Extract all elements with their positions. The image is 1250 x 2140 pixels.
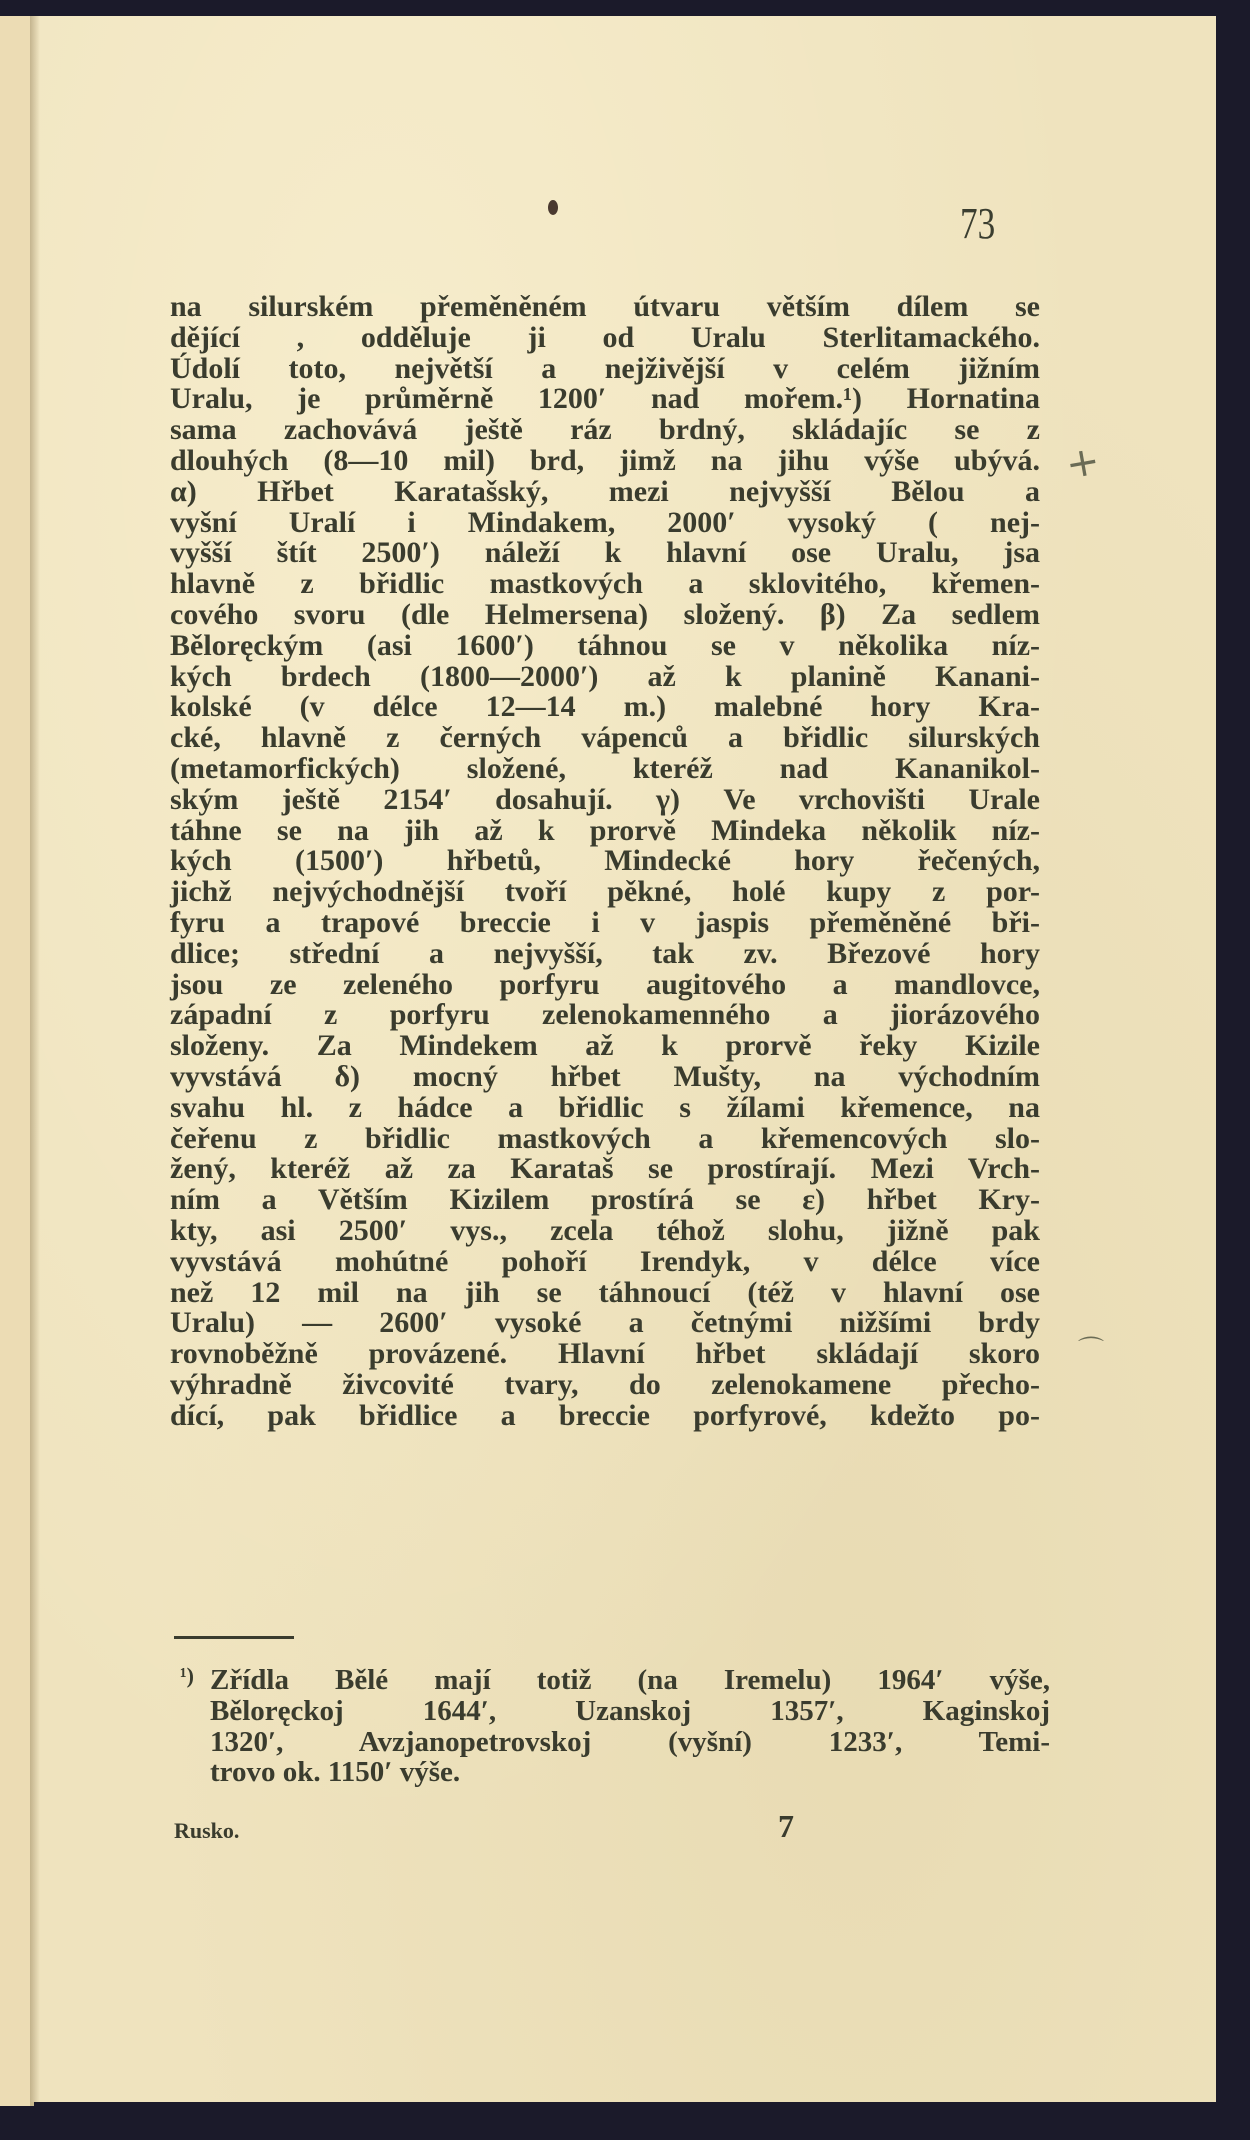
body-text: na silurském přeměněném útvaru větším dí… (170, 292, 1040, 1431)
text-line: dějící , odděluje ji od Uralu Sterlitama… (170, 323, 1040, 354)
gutter-shadow (30, 16, 40, 2102)
text-line: rovnoběžně provázené. Hlavní hřbet sklád… (170, 1339, 1040, 1370)
ink-blot (548, 200, 558, 215)
text-line: dlouhých (8—10 mil) brd, jimž na jihu vý… (170, 446, 1040, 477)
text-line: Uralu, je průměrně 1200ʹ nad mořem.¹) Ho… (170, 384, 1040, 415)
text-line: Běloręckým (asi 1600ʹ) táhnou se v někol… (170, 631, 1040, 662)
text-line: jichž nejvýchodnější tvoří pěkné, holé k… (170, 877, 1040, 908)
text-line: cké, hlavně z černých vápenců a břidlic … (170, 723, 1040, 754)
text-line: svahu hl. z hádce a břidlic s žílami kře… (170, 1093, 1040, 1124)
text-line: Uralu) — 2600ʹ vysoké a četnými nižšími … (170, 1308, 1040, 1339)
text-line: ským ještě 2154ʹ dosahují. γ) Ve vrchovi… (170, 785, 1040, 816)
footnote-marker: ¹) (180, 1660, 194, 1692)
footnote-rule (174, 1636, 294, 1639)
page-number: 73 (960, 198, 995, 249)
signature-label: Rusko. (174, 1818, 239, 1844)
text-line: než 12 mil na jih se táhnoucí (též v hla… (170, 1278, 1040, 1309)
text-line: sama zachovává ještě ráz brdný, skládají… (170, 415, 1040, 446)
footnote-line: 1320ʹ, Avzjanopetrovskoj (vyšní) 1233ʹ, … (210, 1726, 1050, 1757)
text-line: kolské (v délce 12—14 m.) malebné hory K… (170, 692, 1040, 723)
text-line: vyvstává mohútné pohoří Irendyk, v délce… (170, 1247, 1040, 1278)
text-line: výhradně živcovité tvary, do zelenokamen… (170, 1370, 1040, 1401)
signature-number: 7 (778, 1808, 794, 1845)
text-line: α) Hřbet Karatašský, mezi nejvyšší Bělou… (170, 477, 1040, 508)
text-line: kých brdech (1800—2000ʹ) až k planině Ka… (170, 662, 1040, 693)
footnote-line: Běloręckoj 1644ʹ, Uzanskoj 1357ʹ, Kagins… (210, 1695, 1050, 1726)
text-line: západní z porfyru zelenokamenného a jior… (170, 1000, 1040, 1031)
text-line: kty, asi 2500ʹ vys., zcela téhož slohu, … (170, 1216, 1040, 1247)
text-line: dlice; střední a nejvyšší, tak zv. Březo… (170, 939, 1040, 970)
previous-page-edge (0, 16, 34, 2106)
text-line: dící, pak břidlice a breccie porfyrové, … (170, 1401, 1040, 1432)
text-line: hlavně z břidlic mastkových a sklovitého… (170, 569, 1040, 600)
text-line: jsou ze zeleného porfyru augitového a ma… (170, 970, 1040, 1001)
text-line: fyru a trapové breccie i v jaspis přeměn… (170, 908, 1040, 939)
text-line: kých (1500ʹ) hřbetů, Mindecké hory řečen… (170, 846, 1040, 877)
footnote: ¹) Zřídla Bělé mají totiž (na Iremelu) 1… (210, 1664, 1050, 1787)
text-line: (metamorfických) složené, kteréž nad Kan… (170, 754, 1040, 785)
text-line: Údolí toto, největší a nejživější v celé… (170, 354, 1040, 385)
text-line: žený, kteréž až za Karataš se prostírají… (170, 1154, 1040, 1185)
text-line: ním a Větším Kizilem prostírá se ε) hřbe… (170, 1185, 1040, 1216)
text-line: na silurském přeměněném útvaru větším dí… (170, 292, 1040, 323)
footnote-line: Zřídla Bělé mají totiž (na Iremelu) 1964… (210, 1664, 1050, 1695)
text-line: vyšší štít 2500ʹ) náleží k hlavní ose Ur… (170, 538, 1040, 569)
text-line: táhne se na jih až k prorvě Mindeka něko… (170, 816, 1040, 847)
text-line: vyvstává δ) mocný hřbet Mušty, na východ… (170, 1062, 1040, 1093)
text-line: vyšní Uralí i Mindakem, 2000ʹ vysoký ( n… (170, 508, 1040, 539)
text-line: cového svoru (dle Helmersena) složený. β… (170, 600, 1040, 631)
text-line: čeřenu z břidlic mastkových a křemencový… (170, 1124, 1040, 1155)
margin-annotation-curl-icon: ⌒ (1078, 1330, 1104, 1367)
footnote-line: trovo ok. 1150ʹ výše. (210, 1756, 1050, 1787)
text-line: složeny. Za Mindekem až k prorvě řeky Ki… (170, 1031, 1040, 1062)
